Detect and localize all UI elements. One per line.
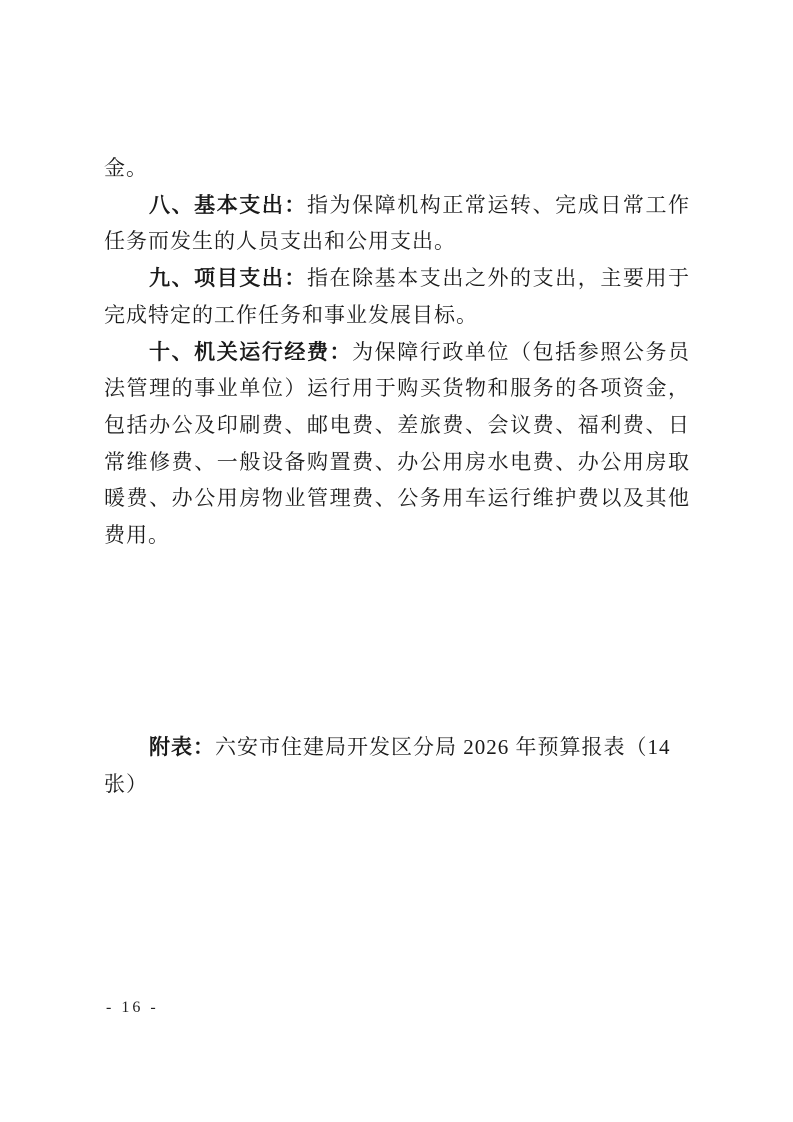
term-basic-expenditure-definition: 指为保障机构正常运转、完成日常工作: [307, 193, 690, 217]
attachment-label: 附表：: [149, 735, 215, 759]
page-footer: - 16 -: [106, 996, 159, 1020]
attachment-note-line2: 张）: [104, 766, 690, 803]
term-basic-expenditure-label: 八、基本支出：: [149, 193, 307, 217]
attachment-title: 六安市住建局开发区分局 2026 年预算报表（14: [215, 735, 671, 759]
term-project-expenditure-label: 九、项目支出：: [149, 266, 307, 290]
term-agency-operating-funds-definition: 为保障行政单位（包括参照公务员: [352, 340, 690, 364]
term-agency-operating-funds-line: 十、机关运行经费：为保障行政单位（包括参照公务员: [104, 334, 690, 371]
paragraph-continuation-line: 金。: [104, 150, 690, 187]
term-agency-operating-funds-definition-line3: 包括办公及印刷费、邮电费、差旅费、会议费、福利费、日: [104, 407, 690, 444]
document-page: 金。 八、基本支出：指为保障机构正常运转、完成日常工作 任务而发生的人员支出和公…: [0, 0, 793, 1122]
term-project-expenditure-definition: 指在除基本支出之外的支出，主要用于: [307, 266, 690, 290]
page-number: - 16 -: [106, 999, 159, 1016]
term-agency-operating-funds-definition-line5: 暖费、办公用房物业管理费、公务用车运行维护费以及其他: [104, 480, 690, 517]
attachment-note: 附表：六安市住建局开发区分局 2026 年预算报表（14 张）: [104, 729, 690, 802]
term-basic-expenditure-definition-line2: 任务而发生的人员支出和公用支出。: [104, 223, 690, 260]
term-agency-operating-funds-definition-line2: 法管理的事业单位）运行用于购买货物和服务的各项资金，: [104, 370, 690, 407]
definitions-section: 金。 八、基本支出：指为保障机构正常运转、完成日常工作 任务而发生的人员支出和公…: [104, 150, 690, 554]
term-basic-expenditure-line: 八、基本支出：指为保障机构正常运转、完成日常工作: [104, 187, 690, 224]
term-project-expenditure-definition-line2: 完成特定的工作任务和事业发展目标。: [104, 297, 690, 334]
term-agency-operating-funds-definition-line6: 费用。: [104, 517, 690, 554]
term-agency-operating-funds-label: 十、机关运行经费：: [149, 340, 352, 364]
attachment-note-line1: 附表：六安市住建局开发区分局 2026 年预算报表（14: [104, 729, 690, 766]
term-project-expenditure-line: 九、项目支出：指在除基本支出之外的支出，主要用于: [104, 260, 690, 297]
term-agency-operating-funds-definition-line4: 常维修费、一般设备购置费、办公用房水电费、办公用房取: [104, 444, 690, 481]
